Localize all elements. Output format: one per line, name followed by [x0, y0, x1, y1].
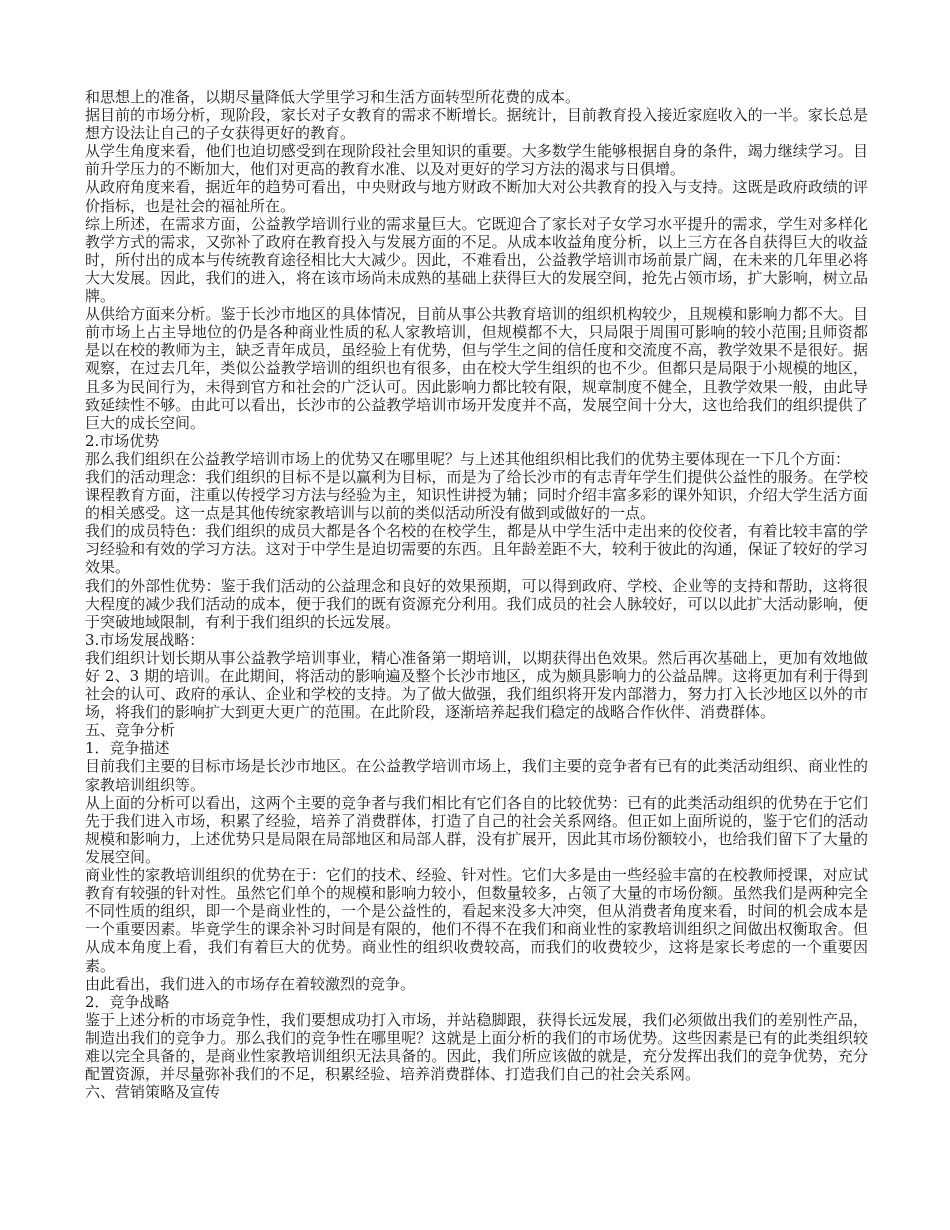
paragraph: 从供给方面来分析。鉴于长沙市地区的具体情况，目前从事公共教育培训的组织机构较少，… [85, 305, 868, 432]
paragraph: 那么我们组织在公益教学培训市场上的优势又在哪里呢？与上述其他组织相比我们的优势主… [85, 450, 868, 468]
section-heading-competition-description: 1．竞争描述 [85, 739, 868, 757]
paragraph: 我们的成员特色：我们组织的成员大都是各个名校的在校学生，都是从中学生活中走出来的… [85, 522, 868, 576]
section-heading-competition-strategy: 2．竞争战略 [85, 993, 868, 1011]
paragraph: 据目前的市场分析，现阶段，家长对子女教育的需求不断增长。据统计，目前教育投入接近… [85, 106, 868, 142]
paragraph: 和思想上的准备，以期尽量降低大学里学习和生活方面转型所花费的成本。 [85, 88, 868, 106]
paragraph: 鉴于上述分析的市场竞争性，我们要想成功打入市场，并站稳脚跟，获得长远发展，我们必… [85, 1011, 868, 1083]
paragraph: 从政府角度来看，据近年的趋势可看出，中央财政与地方财政不断加大对公共教育的投入与… [85, 178, 868, 214]
section-heading-marketing: 六、营销策略及宣传 [85, 1083, 868, 1101]
document-text-body: 和思想上的准备，以期尽量降低大学里学习和生活方面转型所花费的成本。 据目前的市场… [85, 88, 868, 1101]
paragraph: 我们的外部性优势：鉴于我们活动的公益理念和良好的效果预期，可以得到政府、学校、企… [85, 577, 868, 631]
paragraph: 我们的活动理念：我们组织的目标不是以赢利为目标，而是为了给长沙市的有志青年学生们… [85, 468, 868, 522]
paragraph: 从上面的分析可以看出，这两个主要的竞争者与我们相比有它们各自的比较优势：已有的此… [85, 794, 868, 866]
document-page: 和思想上的准备，以期尽量降低大学里学习和生活方面转型所花费的成本。 据目前的市场… [0, 0, 950, 1230]
section-heading-market-advantage: 2.市场优势 [85, 432, 868, 450]
paragraph: 目前我们主要的目标市场是长沙市地区。在公益教学培训市场上，我们主要的竞争者有已有… [85, 757, 868, 793]
paragraph: 由此看出，我们进入的市场存在着较激烈的竞争。 [85, 975, 868, 993]
section-heading-market-strategy: 3.市场发展战略： [85, 631, 868, 649]
section-heading-competition-analysis: 五、竞争分析 [85, 721, 868, 739]
paragraph: 商业性的家教培训组织的优势在于：它们的技术、经验、针对性。它们大多是由一些经验丰… [85, 866, 868, 975]
paragraph: 从学生角度来看，他们也迫切感受到在现阶段社会里知识的重要。大多数学生能够根据自身… [85, 142, 868, 178]
paragraph: 综上所述，在需求方面，公益教学培训行业的需求量巨大。它既迎合了家长对子女学习水平… [85, 215, 868, 305]
paragraph: 我们组织计划长期从事公益教学培训事业，精心准备第一期培训，以期获得出色效果。然后… [85, 649, 868, 721]
